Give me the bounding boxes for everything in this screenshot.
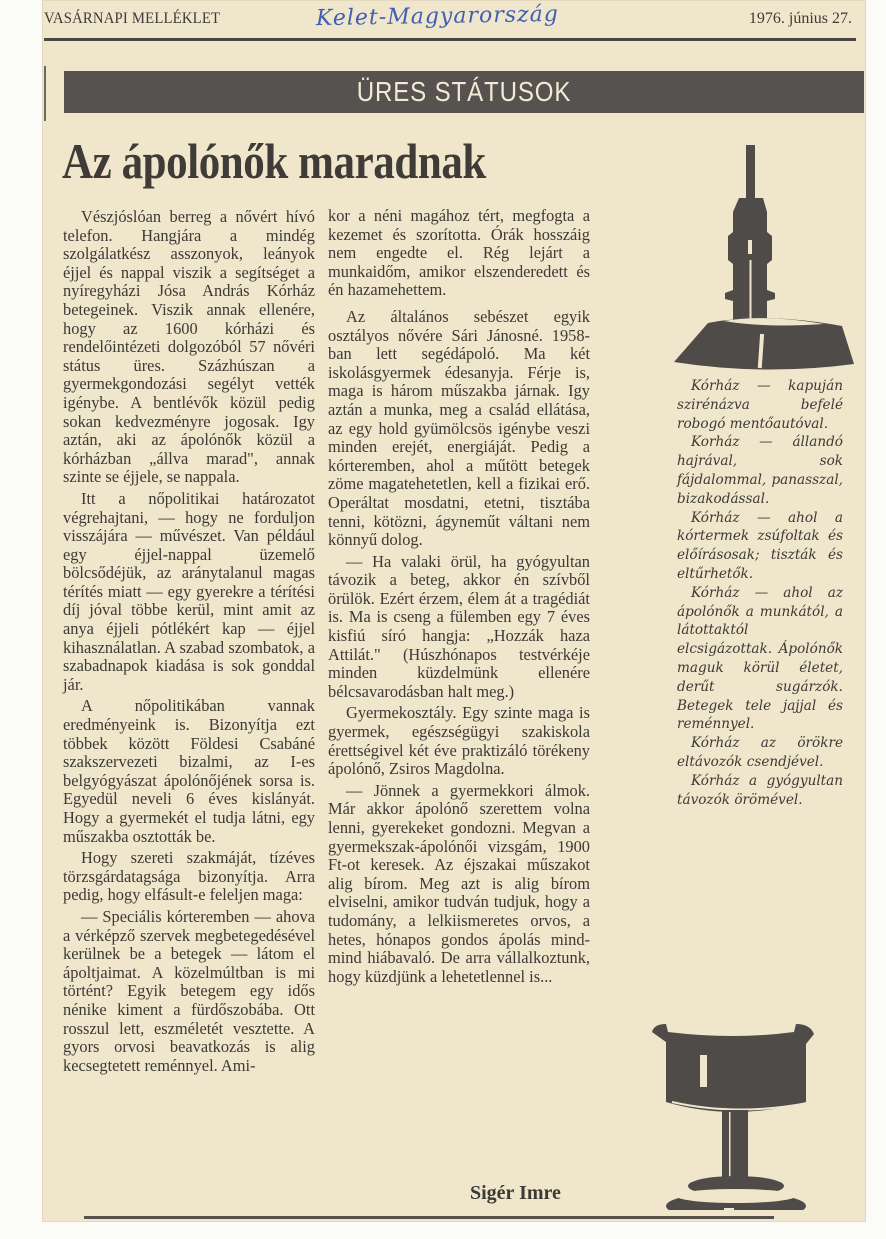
paragraph: Hogy szereti szakmáját, tízéves törzsgár… <box>63 849 315 905</box>
section-banner: ÜRES STÁTUSOK <box>64 71 864 113</box>
article-headline: Az ápolónők maradnak <box>62 132 486 190</box>
poem-stanza: Kórház — kapuján szirénázva befelé robog… <box>677 377 843 433</box>
paragraph: — Jönnek a gyermekkori álmok. Már akkor … <box>328 782 590 987</box>
syringe-on-base-icon <box>664 140 864 370</box>
paragraph: A nőpolitikában vannak eredményeink is. … <box>63 697 315 846</box>
article-column-2: kor a néni magához tért, megfogta a keze… <box>328 207 590 986</box>
poem-stanza: Korház — állandó hajrával, sok fájdalomm… <box>677 433 843 508</box>
bottom-rule <box>84 1216 774 1219</box>
author-byline: Sigér Imre <box>470 1182 561 1205</box>
handwritten-note: Kelet-Magyarország <box>316 2 559 31</box>
poem-stanza: Kórház az örökre eltávozók csendjével. <box>677 734 843 772</box>
paragraph: Itt a nőpolitikai határozatot végrehajta… <box>63 490 315 695</box>
sidebar-poem: Kórház — kapuján szirénázva befelé robog… <box>677 377 843 809</box>
paragraph: — Speciális kórteremben — ahova a vérkép… <box>63 908 315 1075</box>
masthead: VASÁRNAPI MELLÉKLET Kelet-Magyarország 1… <box>44 6 852 34</box>
paragraph: Az általános sebészet egyik osztályos nő… <box>328 308 590 550</box>
paragraph: Gyermekosztály. Egy szinte maga is gyerm… <box>328 704 590 778</box>
issue-date: 1976. június 27. <box>749 10 852 28</box>
paragraph: kor a néni magához tért, megfogta a keze… <box>328 207 590 300</box>
margin-rule <box>44 66 46 121</box>
pedestal-cup-icon <box>644 1010 824 1210</box>
section-name: VASÁRNAPI MELLÉKLET <box>44 10 220 28</box>
poem-stanza: Kórház — ahol az ápolónők a munkától, a … <box>677 584 843 734</box>
paragraph: — Ha valaki örül, ha gyógyultan távozik … <box>328 553 590 702</box>
paragraph: Vészjóslóan berreg a nővért hívó telefon… <box>63 208 315 487</box>
poem-stanza: Kórház — ahol a kórtermek zsúfoltak és e… <box>677 509 843 584</box>
poem-stanza: Kórház a gyógyultan távozók örömével. <box>677 772 843 810</box>
banner-label: ÜRES STÁTUSOK <box>120 71 808 113</box>
article-column-1: Vészjóslóan berreg a nővért hívó telefon… <box>63 208 315 1075</box>
masthead-rule <box>44 38 856 41</box>
